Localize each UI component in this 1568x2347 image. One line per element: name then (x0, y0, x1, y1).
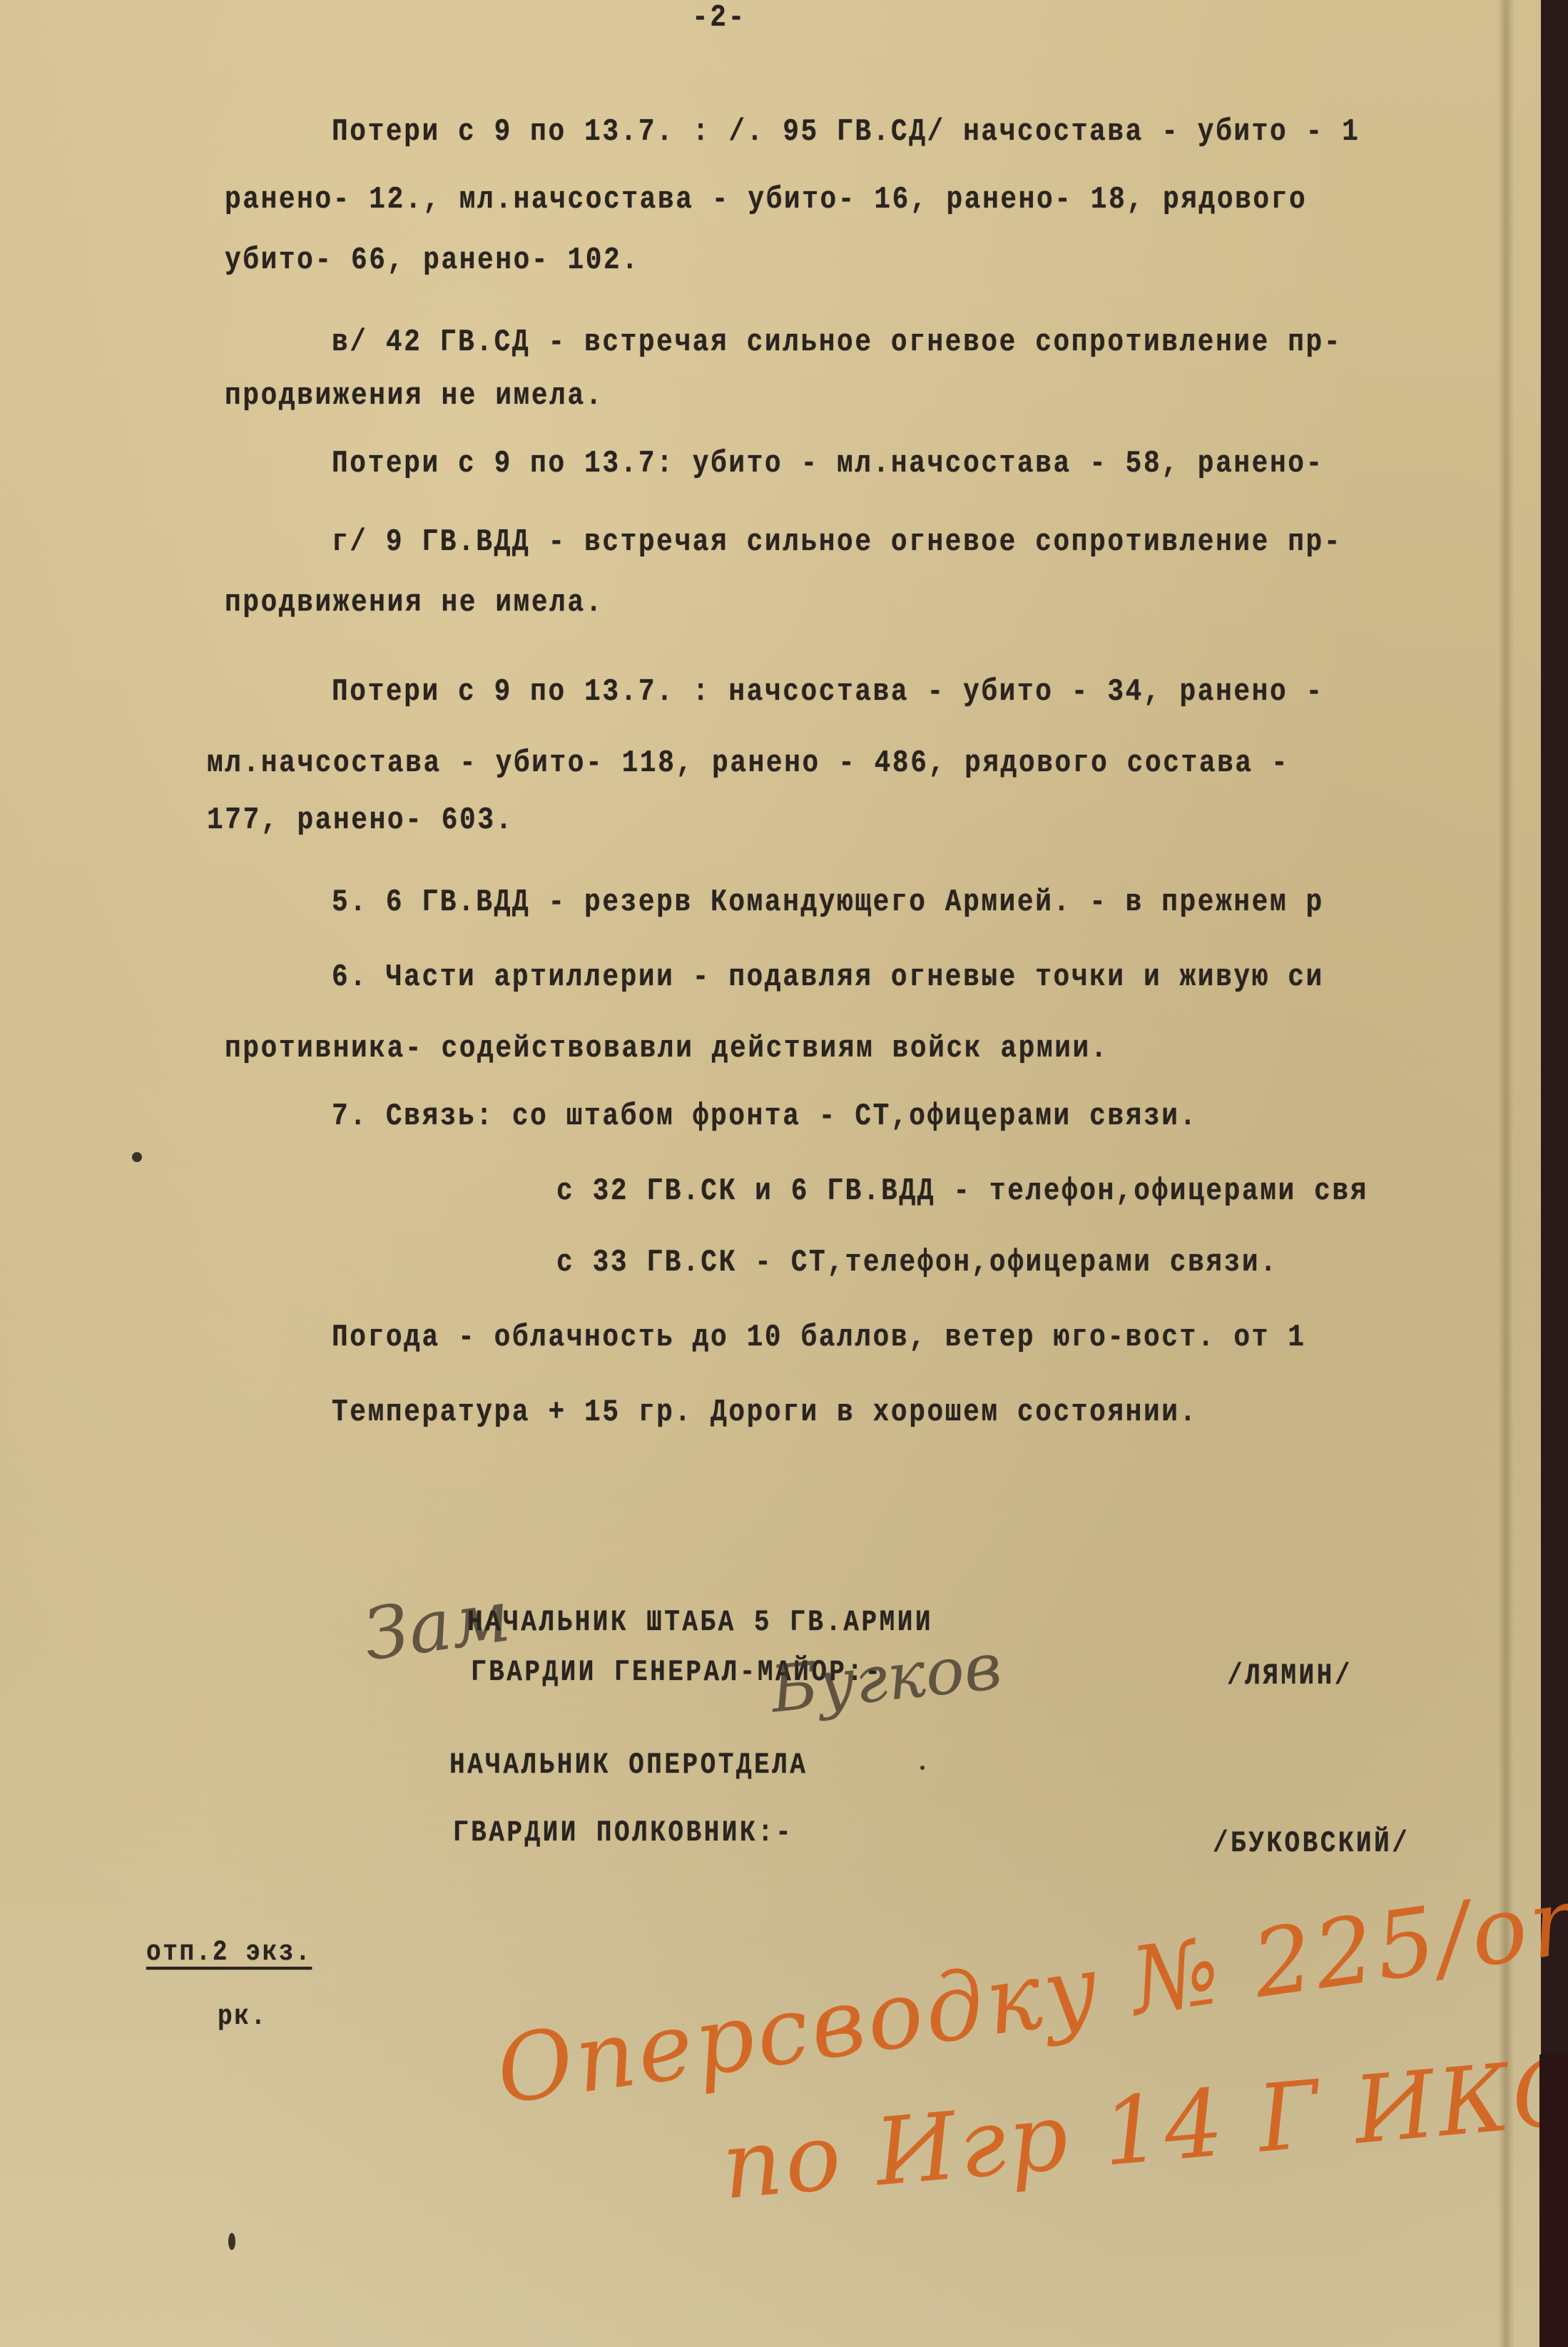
signature-rank: ГВАРДИИ ПОЛКОВНИК:- (453, 1816, 793, 1850)
text-line: Температура + 15 гр. Дороги в хорошем со… (332, 1395, 1198, 1430)
text-line: с 33 ГВ.СК - СТ,телефон,офицерами связи. (556, 1245, 1278, 1281)
text-line: г/ 9 ГВ.ВДД - встречая сильное огневое с… (332, 524, 1342, 560)
signature-title: НАЧАЛЬНИК ШТАБА 5 ГВ.АРМИИ (467, 1605, 933, 1639)
text-line: Потери с 9 по 13.7. : /. 95 ГВ.СД/ начсо… (332, 114, 1360, 150)
paper-speck (132, 1152, 142, 1162)
text-line: 7. Связь: со штабом фронта - СТ,офицерам… (332, 1099, 1198, 1134)
text-line: 5. 6 ГВ.ВДД - резерв Командующего Армией… (332, 885, 1324, 920)
signature-name: /ЛЯМИН/ (1227, 1659, 1353, 1693)
text-line: Потери с 9 по 13.7: убито - мл.начсостав… (332, 446, 1324, 482)
typist-initials: рк. (218, 2001, 268, 2033)
background-edge (1539, 2055, 1568, 2347)
text-line: убито- 66, ранено- 102. (225, 243, 640, 278)
text-line: ранено- 12., мл.начсостава - убито- 16, … (225, 182, 1307, 218)
document-page: -2- Потери с 9 по 13.7. : /. 95 ГВ.СД/ н… (0, 0, 1541, 2347)
signature-title: НАЧАЛЬНИК ОПЕРОТДЕЛА (449, 1748, 808, 1782)
handwritten-signature: Бугков (767, 1629, 1004, 1727)
text-line: продвижения не имела. (225, 585, 604, 621)
page-number: -2- (692, 0, 746, 36)
text-line: противника- содействовавли действиям вой… (225, 1031, 1109, 1066)
text-line: с 32 ГВ.СК и 6 ГВ.ВДД - телефон,офицерам… (556, 1173, 1368, 1209)
page-edge-shadow (1498, 0, 1514, 2347)
text-line: в/ 42 ГВ.СД - встречая сильное огневое с… (332, 325, 1342, 360)
text-line: Погода - облачность до 10 баллов, ветер … (332, 1320, 1306, 1355)
text-line: мл.начсостава - убито- 118, ранено - 486… (207, 745, 1289, 781)
text-line: 177, ранено- 603. (207, 803, 514, 838)
text-line: продвижения не имела. (225, 378, 604, 414)
signature-name: /БУКОВСКИЙ/ (1213, 1826, 1410, 1860)
paper-speck (920, 1766, 925, 1770)
text-line: Потери с 9 по 13.7. : начсостава - убито… (332, 674, 1324, 710)
copies-note: отп.2 экз. (146, 1937, 312, 1969)
text-line: 6. Части артиллерии - подавляя огневые т… (332, 959, 1324, 995)
paper-speck (228, 2233, 235, 2250)
